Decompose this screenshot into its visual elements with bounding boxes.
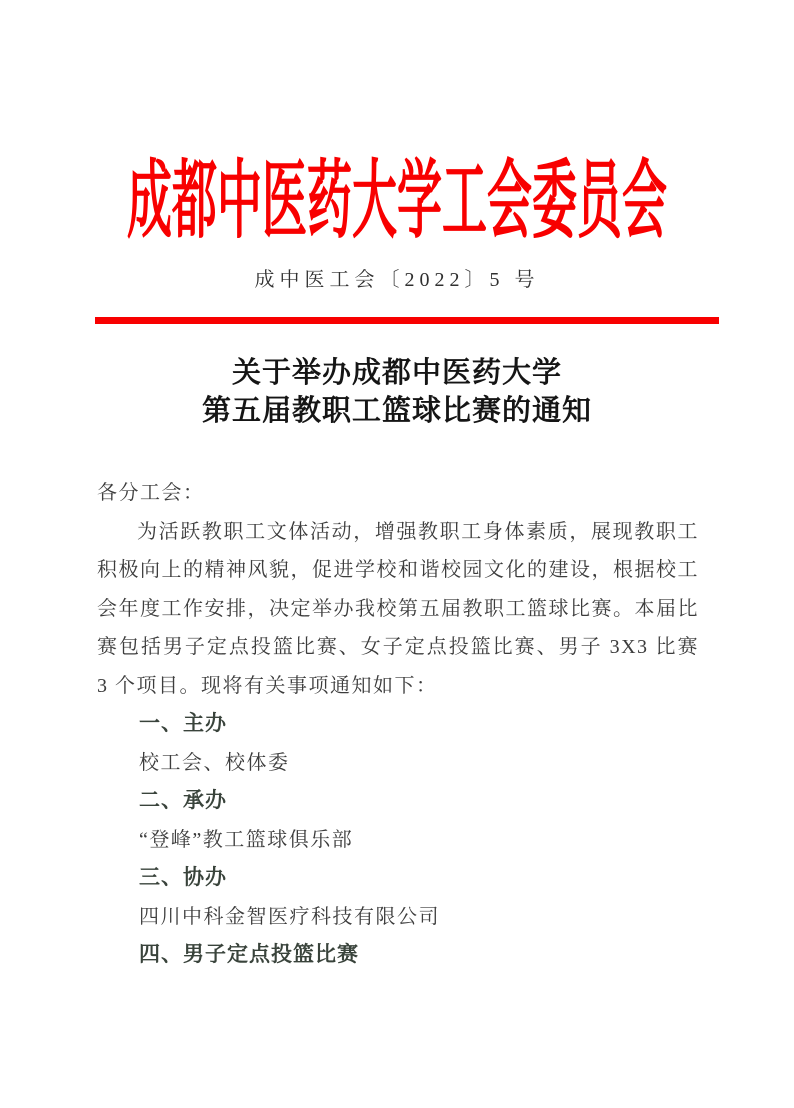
- document-page: 成都中医药大学工会委员会 成中医工会〔2022〕5 号 关于举办成都中医药大学 …: [0, 0, 794, 1108]
- section-4-heading: 四、男子定点投篮比赛: [139, 936, 699, 975]
- notice-title-line1: 关于举办成都中医药大学: [0, 354, 794, 392]
- notice-title: 关于举办成都中医药大学 第五届教职工篮球比赛的通知: [0, 354, 794, 430]
- section-1-body: 校工会、校体委: [139, 744, 699, 783]
- section-1-heading: 一、主办: [139, 705, 699, 744]
- section-3-body: 四川中科金智医疗科技有限公司: [139, 898, 699, 937]
- notice-body: 各分工会： 为活跃教职工文体活动，增强教职工身体素质，展现教职工积极向上的精神风…: [97, 474, 699, 975]
- salutation: 各分工会：: [97, 474, 699, 513]
- intro-paragraph: 为活跃教职工文体活动，增强教职工身体素质，展现教职工积极向上的精神风貌，促进学校…: [97, 513, 699, 706]
- notice-title-line2: 第五届教职工篮球比赛的通知: [0, 392, 794, 430]
- letterhead-banner: 成都中医药大学工会委员会: [0, 146, 794, 238]
- red-separator-rule: [95, 317, 719, 324]
- document-number: 成中医工会〔2022〕5 号: [0, 263, 794, 292]
- section-3-heading: 三、协办: [139, 859, 699, 898]
- section-2-body: “登峰”教工篮球俱乐部: [139, 821, 699, 860]
- letterhead-banner-title: 成都中医药大学工会委员会: [127, 130, 667, 254]
- section-2-heading: 二、承办: [139, 782, 699, 821]
